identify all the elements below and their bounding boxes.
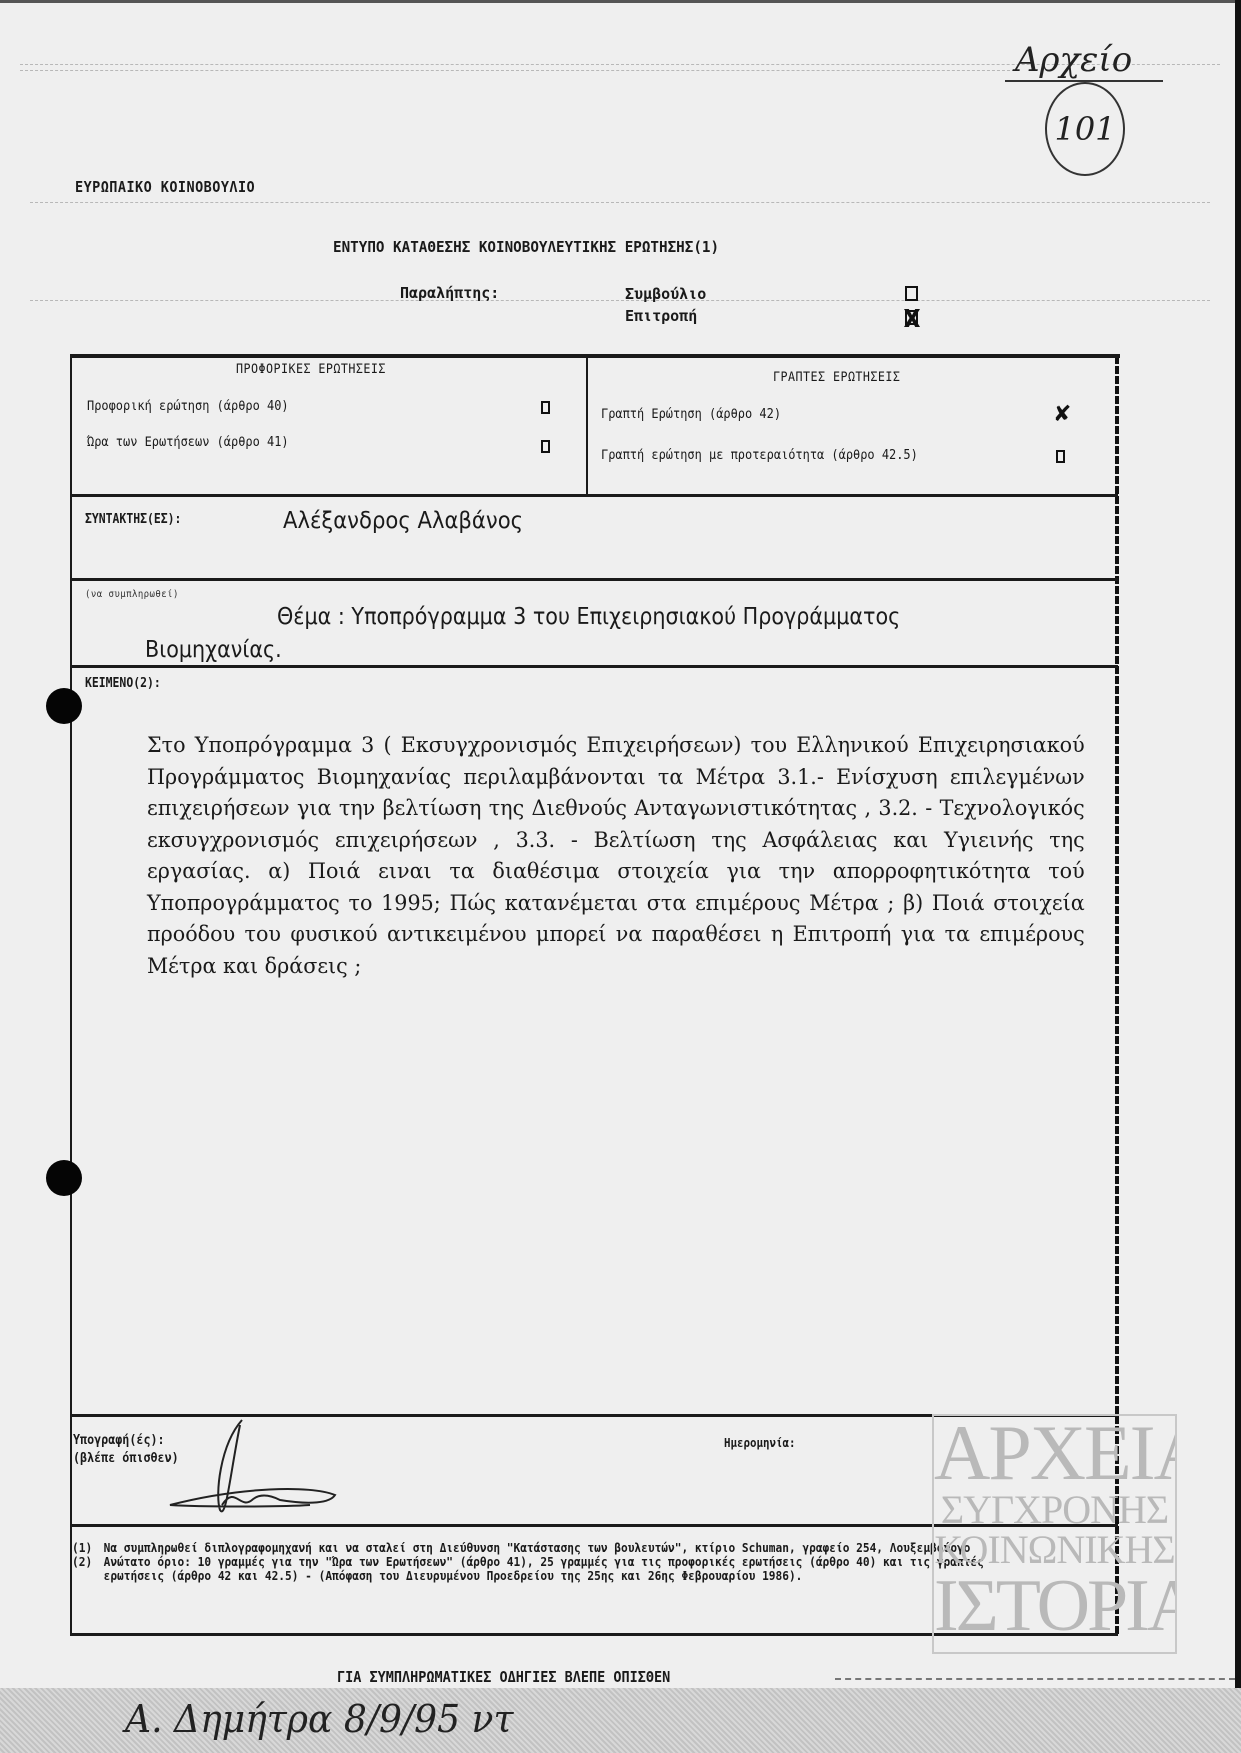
subject-line-2[interactable]: Βιομηχανίας.	[145, 637, 282, 663]
recipient-option-commission: Επιτροπή	[625, 307, 697, 325]
document-page: Αρχείο 101 ΕΥΡΩΠΑΙΚΟ ΚΟΙΝΟΒΟΥΛΙΟ ΕΝΤΥΠΟ …	[0, 0, 1241, 1753]
priority-written-question-label: Γραπτή ερώτηση με προτεραιότητα (άρθρο 4…	[601, 448, 918, 463]
footnote-1: (1) Να συμπληρωθεί διπλογραφομηχανή και …	[72, 1541, 1002, 1555]
watermark-line-2: ΣΥΓΧΡΟΝΗΣ	[934, 1490, 1175, 1530]
scan-right-edge	[1235, 0, 1241, 1753]
author-label: ΣΥΝΤΑΚΤΗΣ(ΕΣ):	[85, 512, 181, 527]
instructions-note: ΓΙΑ ΣΥΜΠΛΗΡΩΜΑΤΙΚΕΣ ΟΔΗΓΙΕΣ ΒΛΕΠΕ ΟΠΙΣΘΕ…	[337, 1668, 670, 1686]
scan-noise	[30, 202, 1210, 204]
section-rule	[70, 494, 1118, 497]
footnote-1-number: (1)	[72, 1541, 92, 1555]
archive-watermark: ΑΡΧΕΙΑ ΣΥΓΧΡΟΝΗΣ ΚΟΙΝΩΝΙΚΗΣ ΙΣΤΟΡΙΑΣ	[932, 1414, 1177, 1654]
written-question-label: Γραπτή Ερώτηση (άρθρο 42)	[601, 407, 781, 422]
question-time-checkbox[interactable]	[541, 440, 550, 453]
watermark-line-3: ΚΟΙΝΩΝΙΚΗΣ	[934, 1530, 1175, 1570]
priority-written-question-checkbox[interactable]	[1056, 450, 1065, 463]
oral-questions-heading: ΠΡΟΦΟΡΙΚΕΣ ΕΡΩΤΗΣΕΙΣ	[236, 362, 386, 377]
question-divider	[586, 356, 588, 496]
scan-top-edge	[0, 0, 1241, 3]
question-time-label: Ώρα των Ερωτήσεων (άρθρο 41)	[87, 435, 289, 450]
footnote-2-text: Ανώτατο όριο: 10 γραμμές για την "Ώρα τω…	[104, 1555, 984, 1583]
section-rule	[70, 578, 1118, 581]
handwritten-signature	[160, 1415, 340, 1525]
recipient-commission-checkbox[interactable]	[905, 310, 918, 325]
footnote-2: (2) Ανώτατο όριο: 10 γραμμές για την "Ώρ…	[72, 1555, 1002, 1583]
footnote-1-text: Να συμπληρωθεί διπλογραφομηχανή και να σ…	[104, 1541, 971, 1555]
footnote-2-number: (2)	[72, 1555, 92, 1569]
written-questions-heading: ΓΡΑΠΤΕΣ ΕΡΩΤΗΣΕΙΣ	[773, 370, 900, 385]
date-label: Ημερομηνία:	[724, 1436, 796, 1450]
watermark-line-1: ΑΡΧΕΙΑ	[934, 1416, 1175, 1490]
section-rule	[70, 665, 1118, 668]
oral-question-label: Προφορική ερώτηση (άρθρο 40)	[87, 399, 289, 414]
subject-hint: (να συμπληρωθεί)	[85, 589, 179, 600]
recipient-council-checkbox[interactable]	[905, 286, 918, 301]
text-label: ΚΕΙΜΕΝΟ(2):	[85, 676, 161, 691]
archive-stamp-word: Αρχείο	[1015, 40, 1132, 80]
archive-stamp: Αρχείο 101	[1005, 40, 1165, 140]
archive-stamp-number: 101	[1045, 82, 1125, 176]
question-body-text[interactable]: Στο Υποπρόγραμμα 3 ( Εκσυγχρονισμός Επιχ…	[147, 730, 1085, 982]
subject-line-1[interactable]: Θέμα : Υποπρόγραμμα 3 του Επιχειρησιακού…	[277, 604, 900, 630]
scan-noise	[30, 300, 1210, 302]
frame-top-rule	[70, 354, 1120, 358]
recipient-label: Παραλήπτης:	[400, 284, 499, 302]
recipient-option-council: Συμβούλιο	[625, 285, 706, 303]
handwritten-note: Α. Δημήτρα 8/9/95 ντ	[125, 1697, 513, 1741]
scan-noise	[20, 70, 1020, 72]
written-question-checkbox[interactable]	[1056, 408, 1065, 421]
punch-hole	[46, 1160, 82, 1196]
footnotes: (1) Να συμπληρωθεί διπλογραφομηχανή και …	[72, 1541, 1002, 1583]
instructions-dash	[835, 1678, 1235, 1680]
author-value[interactable]: Αλέξανδρος Αλαβάνος	[283, 508, 523, 534]
organization-name: ΕΥΡΩΠΑΙΚΟ ΚΟΙΝΟΒΟΥΛΙΟ	[75, 178, 255, 196]
punch-hole	[46, 688, 82, 724]
watermark-line-4: ΙΣΤΟΡΙΑΣ	[934, 1570, 1175, 1642]
form-title: ΕΝΤΥΠΟ ΚΑΤΑΘΕΣΗΣ ΚΟΙΝΟΒΟΥΛΕΥΤΙΚΗΣ ΕΡΩΤΗΣ…	[333, 238, 719, 256]
oral-question-checkbox[interactable]	[541, 401, 550, 414]
